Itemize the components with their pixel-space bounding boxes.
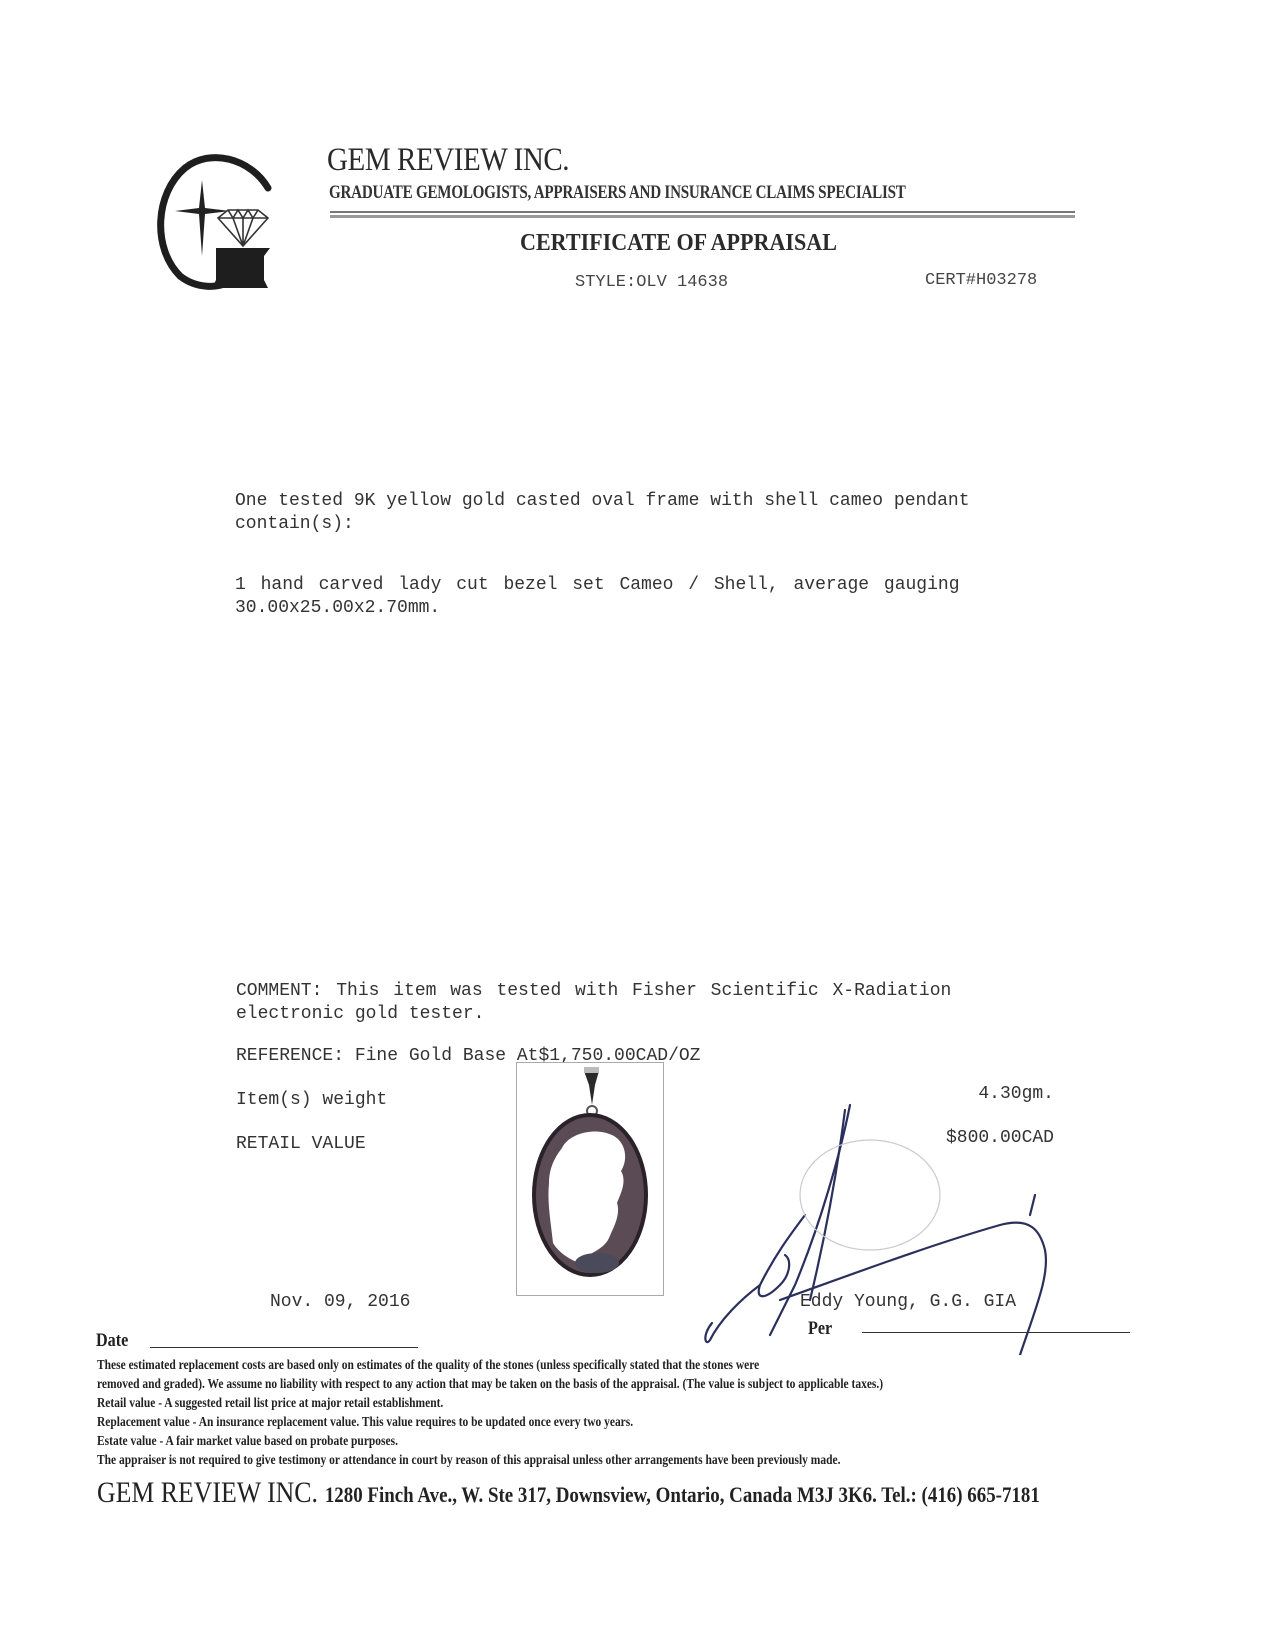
disclaimer-text: These estimated replacement costs are ba… (97, 1358, 759, 1374)
company-name: GEM REVIEW INC. (327, 142, 569, 179)
item-photo (516, 1062, 664, 1296)
retail-value: $800.00CAD (946, 1128, 1054, 1148)
date-signature-line (150, 1347, 418, 1348)
comment: COMMENT: This item was tested with Fishe… (236, 981, 951, 1001)
date-label: Date (96, 1330, 128, 1352)
item-description: contain(s): (235, 514, 354, 534)
disclaimer-retail-value: Retail value - A suggested retail list p… (97, 1396, 443, 1412)
item-description: One tested 9K yellow gold casted oval fr… (235, 491, 970, 511)
per-label: Per (808, 1318, 832, 1340)
weight-value: 4.30gm. (978, 1084, 1054, 1104)
weight-label: Item(s) weight (236, 1090, 387, 1110)
stone-description: 1 hand carved lady cut bezel set Cameo /… (235, 575, 960, 595)
disclaimer-testimony: The appraiser is not required to give te… (97, 1453, 840, 1469)
disclaimer-text: removed and graded). We assume no liabil… (97, 1377, 883, 1393)
footer-address: 1280 Finch Ave., W. Ste 317, Downsview, … (325, 1482, 1040, 1507)
header-divider (330, 211, 1075, 213)
footer: GEM REVIEW INC. 1280 Finch Ave., W. Ste … (97, 1476, 1040, 1510)
appraisal-date: Nov. 09, 2016 (270, 1292, 410, 1312)
g-diamond-pedestal-logo-icon (150, 148, 290, 293)
appraiser-name: Eddy Young, G.G. GIA (800, 1292, 1016, 1312)
cameo-pendant-icon (517, 1063, 663, 1295)
certificate-number: CERT#H03278 (925, 271, 1037, 290)
footer-company-name: GEM REVIEW INC. (97, 1476, 318, 1509)
retail-value-label: RETAIL VALUE (236, 1134, 366, 1154)
signature (700, 1085, 1140, 1355)
handwritten-signature-icon (700, 1085, 1140, 1355)
disclaimer-replacement-value: Replacement value - An insurance replace… (97, 1415, 633, 1431)
company-tagline: GRADUATE GEMOLOGISTS, APPRAISERS AND INS… (329, 182, 906, 204)
header-divider (330, 215, 1075, 218)
comment: electronic gold tester. (236, 1004, 484, 1024)
per-signature-line (862, 1332, 1130, 1333)
document-title: CERTIFICATE OF APPRAISAL (520, 230, 837, 257)
disclaimer-estate-value: Estate value - A fair market value based… (97, 1434, 398, 1450)
style-number: STYLE:OLV 14638 (575, 273, 728, 292)
company-logo (150, 148, 290, 293)
stone-dimensions: 30.00x25.00x2.70mm. (235, 598, 440, 618)
